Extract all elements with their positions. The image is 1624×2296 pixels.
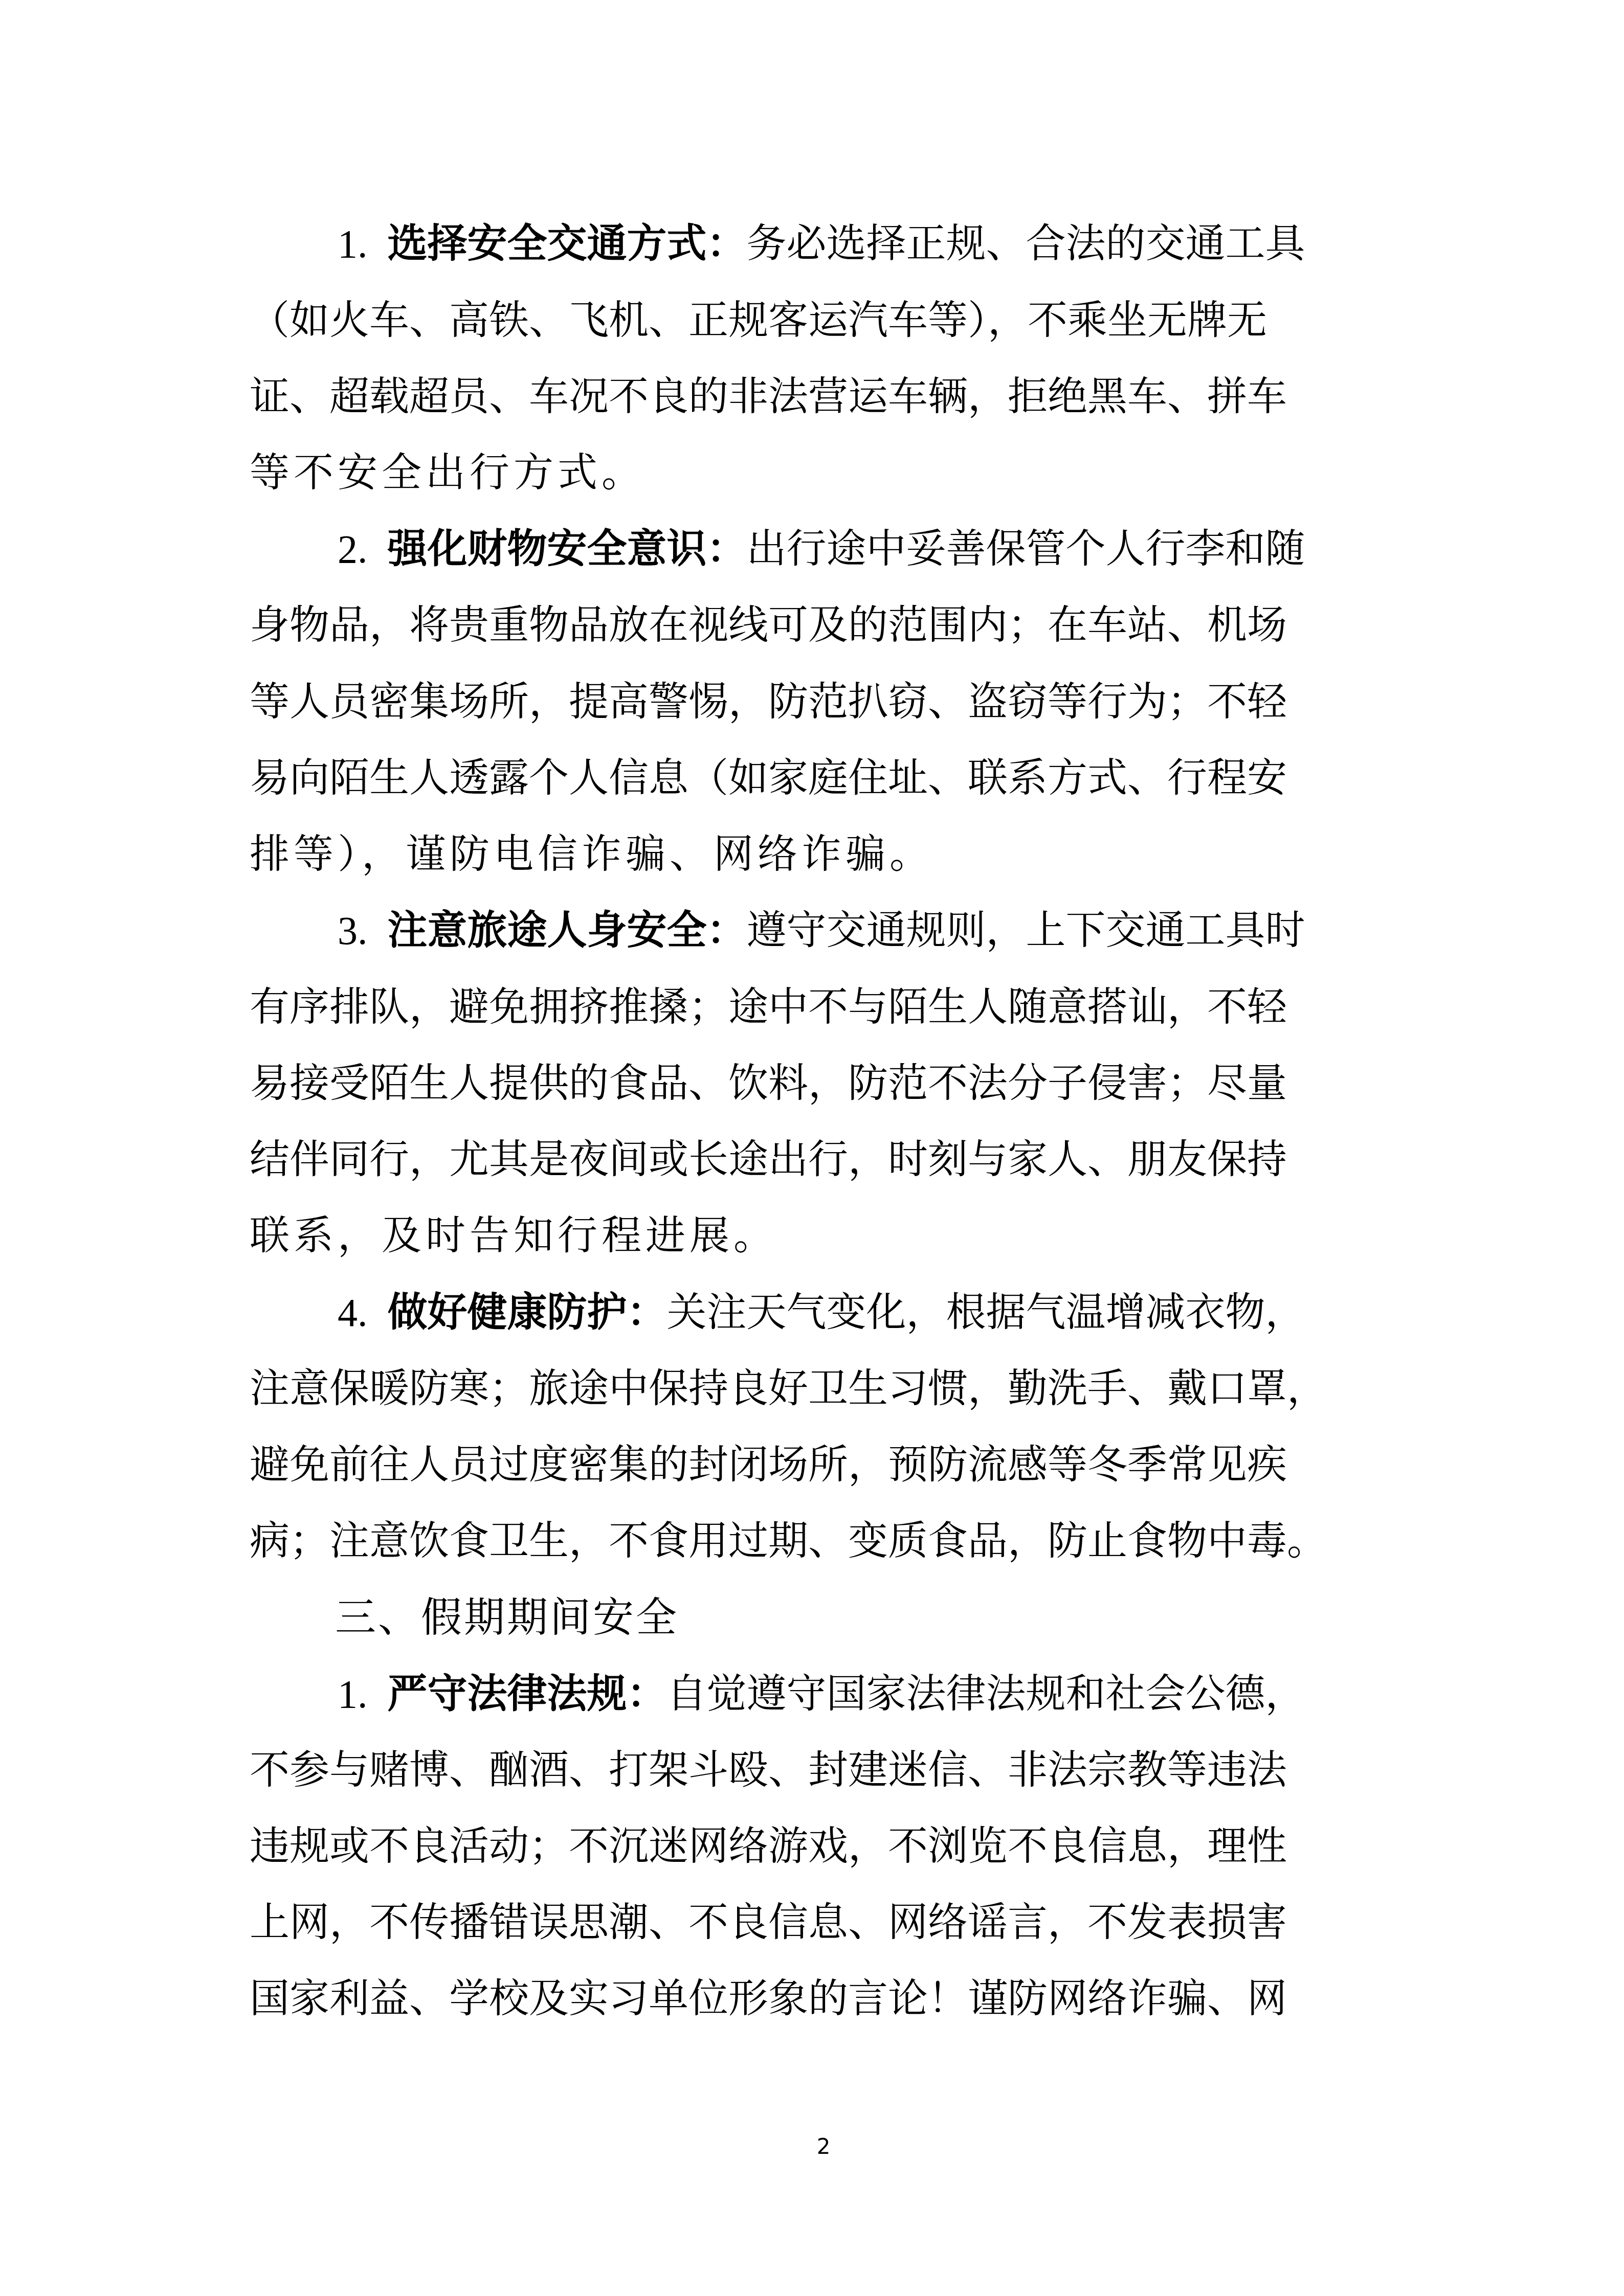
paragraph-holiday-1-line-2: 不参与赌博、酗酒、打架斗殴、封建迷信、非法宗教等违法 xyxy=(250,1745,1399,1796)
paragraph-travel-2-line-2: 身物品，将贵重物品放在视线可及的范围内；在车站、机场 xyxy=(250,600,1399,651)
item-text: 关注天气变化，根据气温增减衣物， xyxy=(667,1290,1305,1336)
paragraph-travel-4-line-4: 病；注意饮食卫生，不食用过期、变质食品，防止食物中毒。 xyxy=(250,1516,1399,1567)
paragraph-travel-3-line-2: 有序排队，避免拥挤推搡；途中不与陌生人随意搭讪，不轻 xyxy=(250,982,1399,1033)
item-lead-title: 强化财物安全意识： xyxy=(388,526,747,572)
paragraph-travel-4-line-2: 注意保暖防寒；旅途中保持良好卫生习惯，勤洗手、戴口罩， xyxy=(250,1363,1399,1414)
paragraph-travel-2-line-5: 排等），谨防电信诈骗、网络诈骗。 xyxy=(250,829,1399,880)
item-number: 3. xyxy=(338,908,368,953)
item-number: 2. xyxy=(338,527,368,571)
page-number: 2 xyxy=(813,2133,834,2160)
paragraph-travel-1-line-1: 1. 选择安全交通方式：务必选择正规、合法的交通工具 xyxy=(338,218,1399,269)
item-lead-title: 做好健康防护： xyxy=(388,1289,667,1336)
section-heading-holiday-safety: 三、假期期间安全 xyxy=(335,1592,679,1643)
item-number: 4. xyxy=(338,1290,368,1335)
paragraph-travel-4-line-3: 避免前往人员过度密集的封闭场所，预防流感等冬季常见疾 xyxy=(250,1439,1399,1491)
item-number: 1. xyxy=(338,1672,368,1716)
paragraph-holiday-1-line-3: 违规或不良活动；不沉迷网络游戏，不浏览不良信息，理性 xyxy=(250,1821,1399,1872)
item-lead-title: 注意旅途人身安全： xyxy=(388,907,747,954)
item-text: 出行途中妥善保管个人行李和随 xyxy=(747,526,1305,572)
paragraph-travel-1-line-3: 证、超载超员、车况不良的非法营运车辆，拒绝黑车、拼车 xyxy=(250,371,1399,422)
item-number: 1. xyxy=(338,221,368,266)
paragraph-travel-1-line-2: （如火车、高铁、飞机、正规客运汽车等），不乘坐无牌无 xyxy=(250,295,1399,346)
paragraph-travel-2-line-1: 2. 强化财物安全意识：出行途中妥善保管个人行李和随 xyxy=(338,524,1399,575)
paragraph-travel-4-line-1: 4. 做好健康防护：关注天气变化，根据气温增减衣物， xyxy=(338,1287,1399,1338)
item-text: 遵守交通规则，上下交通工具时 xyxy=(747,908,1305,954)
paragraph-travel-2-line-3: 等人员密集场所，提高警惕，防范扒窃、盗窃等行为；不轻 xyxy=(250,677,1399,728)
paragraph-travel-2-line-4: 易向陌生人透露个人信息（如家庭住址、联系方式、行程安 xyxy=(250,753,1399,804)
document-page: 1. 选择安全交通方式：务必选择正规、合法的交通工具 （如火车、高铁、飞机、正规… xyxy=(0,0,1624,2296)
item-text: 务必选择正规、合法的交通工具 xyxy=(747,221,1305,267)
paragraph-holiday-1-line-1: 1. 严守法律法规：自觉遵守国家法律法规和社会公德， xyxy=(338,1669,1399,1720)
item-text: 自觉遵守国家法律法规和社会公德， xyxy=(667,1671,1305,1717)
paragraph-holiday-1-line-5: 国家利益、学校及实习单位形象的言论！谨防网络诈骗、网 xyxy=(250,1973,1399,2024)
item-lead-title: 严守法律法规： xyxy=(388,1671,667,1717)
item-lead-title: 选择安全交通方式： xyxy=(388,220,747,267)
paragraph-travel-3-line-4: 结伴同行，尤其是夜间或长途出行，时刻与家人、朋友保持 xyxy=(250,1134,1399,1185)
paragraph-holiday-1-line-4: 上网，不传播错误思潮、不良信息、网络谣言，不发表损害 xyxy=(250,1897,1399,1948)
paragraph-travel-3-line-5: 联系，及时告知行程进展。 xyxy=(250,1210,1399,1262)
paragraph-travel-3-line-1: 3. 注意旅途人身安全：遵守交通规则，上下交通工具时 xyxy=(338,905,1399,956)
paragraph-travel-3-line-3: 易接受陌生人提供的食品、饮料，防范不法分子侵害；尽量 xyxy=(250,1058,1399,1109)
paragraph-travel-1-line-4: 等不安全出行方式。 xyxy=(250,447,1399,499)
